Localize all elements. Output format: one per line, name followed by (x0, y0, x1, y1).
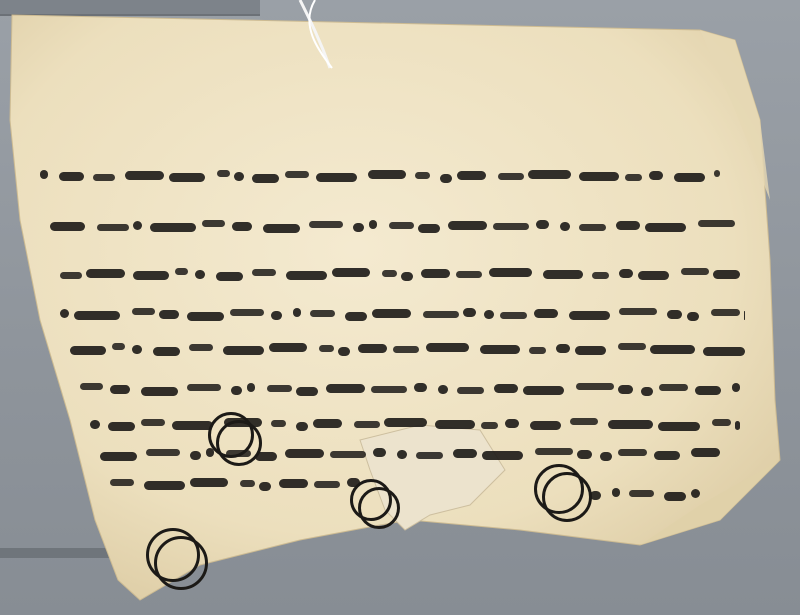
ink-stroke (616, 221, 640, 230)
ink-stroke (484, 310, 494, 319)
ink-stroke (698, 220, 735, 227)
ink-stroke (659, 384, 688, 391)
ink-stroke (618, 343, 646, 350)
ink-stroke (389, 222, 414, 229)
parchment-fragment (0, 0, 800, 615)
seal-ring (542, 472, 592, 522)
ink-stroke (457, 171, 486, 180)
ink-stroke (373, 448, 386, 457)
ink-stroke (141, 419, 165, 426)
ink-stroke (271, 311, 282, 320)
ink-stroke (577, 450, 592, 459)
ink-stroke (133, 221, 142, 230)
ink-stroke (189, 344, 213, 351)
ink-stroke (481, 422, 498, 429)
ink-stroke (438, 385, 448, 394)
ink-stroke (500, 312, 527, 319)
ink-stroke (489, 268, 532, 277)
ink-stroke (384, 418, 427, 427)
ink-stroke (416, 452, 443, 459)
ink-stroke (414, 383, 427, 392)
ink-stroke (132, 308, 155, 315)
ink-stroke (100, 452, 137, 461)
ink-stroke (371, 386, 407, 393)
ink-stroke (293, 308, 301, 317)
ink-stroke (146, 449, 180, 456)
ink-stroke (658, 422, 700, 431)
ink-stroke (252, 174, 279, 183)
ink-stroke (110, 479, 134, 486)
ink-stroke (175, 268, 188, 275)
ink-stroke (187, 312, 224, 321)
ink-stroke (674, 173, 705, 182)
ink-stroke (285, 171, 309, 178)
ink-stroke (169, 173, 205, 182)
ink-stroke (612, 488, 620, 497)
ink-stroke (144, 481, 185, 490)
ink-stroke (440, 174, 452, 183)
ink-stroke (735, 421, 740, 430)
ink-stroke (153, 347, 180, 356)
ink-stroke (536, 220, 549, 229)
ink-stroke (296, 387, 318, 396)
ink-stroke (457, 387, 484, 394)
ink-stroke (132, 345, 142, 354)
ink-stroke (744, 311, 745, 320)
ink-stroke (345, 312, 367, 321)
ink-stroke (110, 385, 130, 394)
ink-stroke (711, 309, 740, 316)
ink-stroke (618, 449, 647, 456)
ink-stroke (579, 224, 606, 231)
ink-stroke (269, 343, 307, 352)
ink-stroke (482, 451, 523, 460)
ink-stroke (372, 309, 411, 318)
ink-stroke (234, 172, 244, 181)
ink-stroke (560, 222, 570, 231)
ink-stroke (463, 308, 476, 317)
ink-stroke (97, 224, 129, 231)
ink-stroke (523, 386, 564, 395)
ink-stroke (172, 421, 213, 430)
ink-stroke (592, 272, 609, 279)
ink-stroke (190, 478, 228, 487)
seal-ring (358, 487, 400, 529)
ink-stroke (90, 420, 100, 429)
ink-stroke (141, 387, 178, 396)
ink-stroke (223, 346, 264, 355)
ink-stroke (150, 223, 196, 232)
ink-stroke (528, 170, 571, 179)
ink-stroke (618, 385, 633, 394)
ink-stroke (216, 272, 243, 281)
ink-stroke (687, 312, 699, 321)
ink-stroke (576, 383, 614, 390)
ink-stroke (435, 420, 475, 429)
ink-stroke (125, 171, 164, 180)
ink-stroke (664, 492, 686, 501)
ink-stroke (202, 220, 225, 227)
ink-stroke (40, 170, 48, 179)
ink-stroke (279, 479, 308, 488)
ink-stroke (608, 420, 653, 429)
ink-stroke (691, 489, 700, 498)
ink-stroke (232, 222, 252, 231)
ink-stroke (600, 452, 612, 461)
ink-stroke (415, 172, 430, 179)
ink-stroke (421, 269, 450, 278)
ink-stroke (267, 385, 292, 392)
ink-stroke (285, 449, 324, 458)
ink-stroke (625, 174, 642, 181)
ink-stroke (231, 386, 242, 395)
ink-stroke (86, 269, 125, 278)
ink-stroke (60, 272, 82, 279)
ink-stroke (263, 224, 300, 233)
ink-stroke (645, 223, 686, 232)
ink-stroke (80, 383, 103, 390)
ink-stroke (448, 221, 487, 230)
ink-stroke (629, 490, 654, 497)
ink-stroke (190, 451, 201, 460)
ink-stroke (326, 384, 365, 393)
ink-stroke (650, 345, 695, 354)
ink-stroke (498, 173, 524, 180)
ink-stroke (319, 345, 334, 352)
ink-stroke (691, 448, 720, 457)
ink-stroke (654, 451, 680, 460)
ink-stroke (535, 448, 573, 455)
ink-stroke (252, 269, 276, 276)
ink-stroke (108, 422, 135, 431)
ink-stroke (649, 171, 663, 180)
ink-stroke (195, 270, 205, 279)
ink-stroke (703, 347, 745, 356)
ink-stroke (556, 344, 570, 353)
ink-stroke (240, 480, 255, 487)
ink-stroke (543, 270, 583, 279)
ink-stroke (529, 347, 546, 354)
seal-ring (216, 420, 262, 466)
ink-stroke (397, 450, 407, 459)
ink-stroke (493, 223, 529, 230)
ink-stroke (713, 270, 740, 279)
ink-stroke (309, 221, 343, 228)
ink-stroke (59, 172, 84, 181)
ink-stroke (480, 345, 520, 354)
ink-stroke (426, 343, 469, 352)
ink-stroke (259, 482, 271, 491)
ink-stroke (712, 419, 731, 426)
ink-stroke (530, 421, 561, 430)
ink-stroke (401, 272, 413, 281)
ink-stroke (112, 343, 125, 350)
ink-stroke (453, 449, 477, 458)
ink-stroke (316, 173, 357, 182)
ink-stroke (353, 223, 364, 232)
ink-stroke (575, 346, 606, 355)
ink-stroke (187, 384, 221, 391)
ink-stroke (332, 268, 370, 277)
ink-stroke (505, 419, 519, 428)
ink-stroke (217, 170, 230, 177)
ink-stroke (393, 346, 419, 353)
ink-stroke (296, 422, 308, 431)
ink-stroke (330, 451, 366, 458)
ink-stroke (641, 387, 653, 396)
ink-stroke (286, 271, 327, 280)
ink-stroke (159, 310, 179, 319)
ink-stroke (534, 309, 558, 318)
ink-stroke (358, 344, 387, 353)
ink-stroke (74, 311, 120, 320)
ink-stroke (271, 420, 286, 427)
ink-stroke (70, 346, 106, 355)
ink-stroke (369, 220, 377, 229)
ink-stroke (60, 309, 69, 318)
seal-ring (154, 536, 208, 590)
ink-stroke (133, 271, 169, 280)
ink-stroke (638, 271, 669, 280)
ink-stroke (619, 308, 657, 315)
ink-stroke (354, 421, 380, 428)
ink-stroke (313, 419, 342, 428)
ink-stroke (667, 310, 682, 319)
ink-stroke (681, 268, 709, 275)
ink-stroke (310, 310, 335, 317)
ink-stroke (382, 270, 397, 277)
ink-stroke (714, 170, 720, 177)
ink-stroke (247, 383, 255, 392)
ink-stroke (456, 271, 482, 278)
ink-stroke (50, 222, 85, 231)
ink-stroke (314, 481, 340, 488)
ink-stroke (579, 172, 619, 181)
ink-stroke (338, 347, 350, 356)
ink-stroke (93, 174, 115, 181)
ink-stroke (418, 224, 440, 233)
ink-stroke (423, 311, 459, 318)
ink-stroke (368, 170, 406, 179)
ink-stroke (695, 386, 721, 395)
ink-stroke (619, 269, 633, 278)
ink-stroke (230, 309, 264, 316)
ink-stroke (494, 384, 518, 393)
ink-stroke (570, 418, 598, 425)
ink-stroke (732, 383, 740, 392)
ink-stroke (569, 311, 610, 320)
